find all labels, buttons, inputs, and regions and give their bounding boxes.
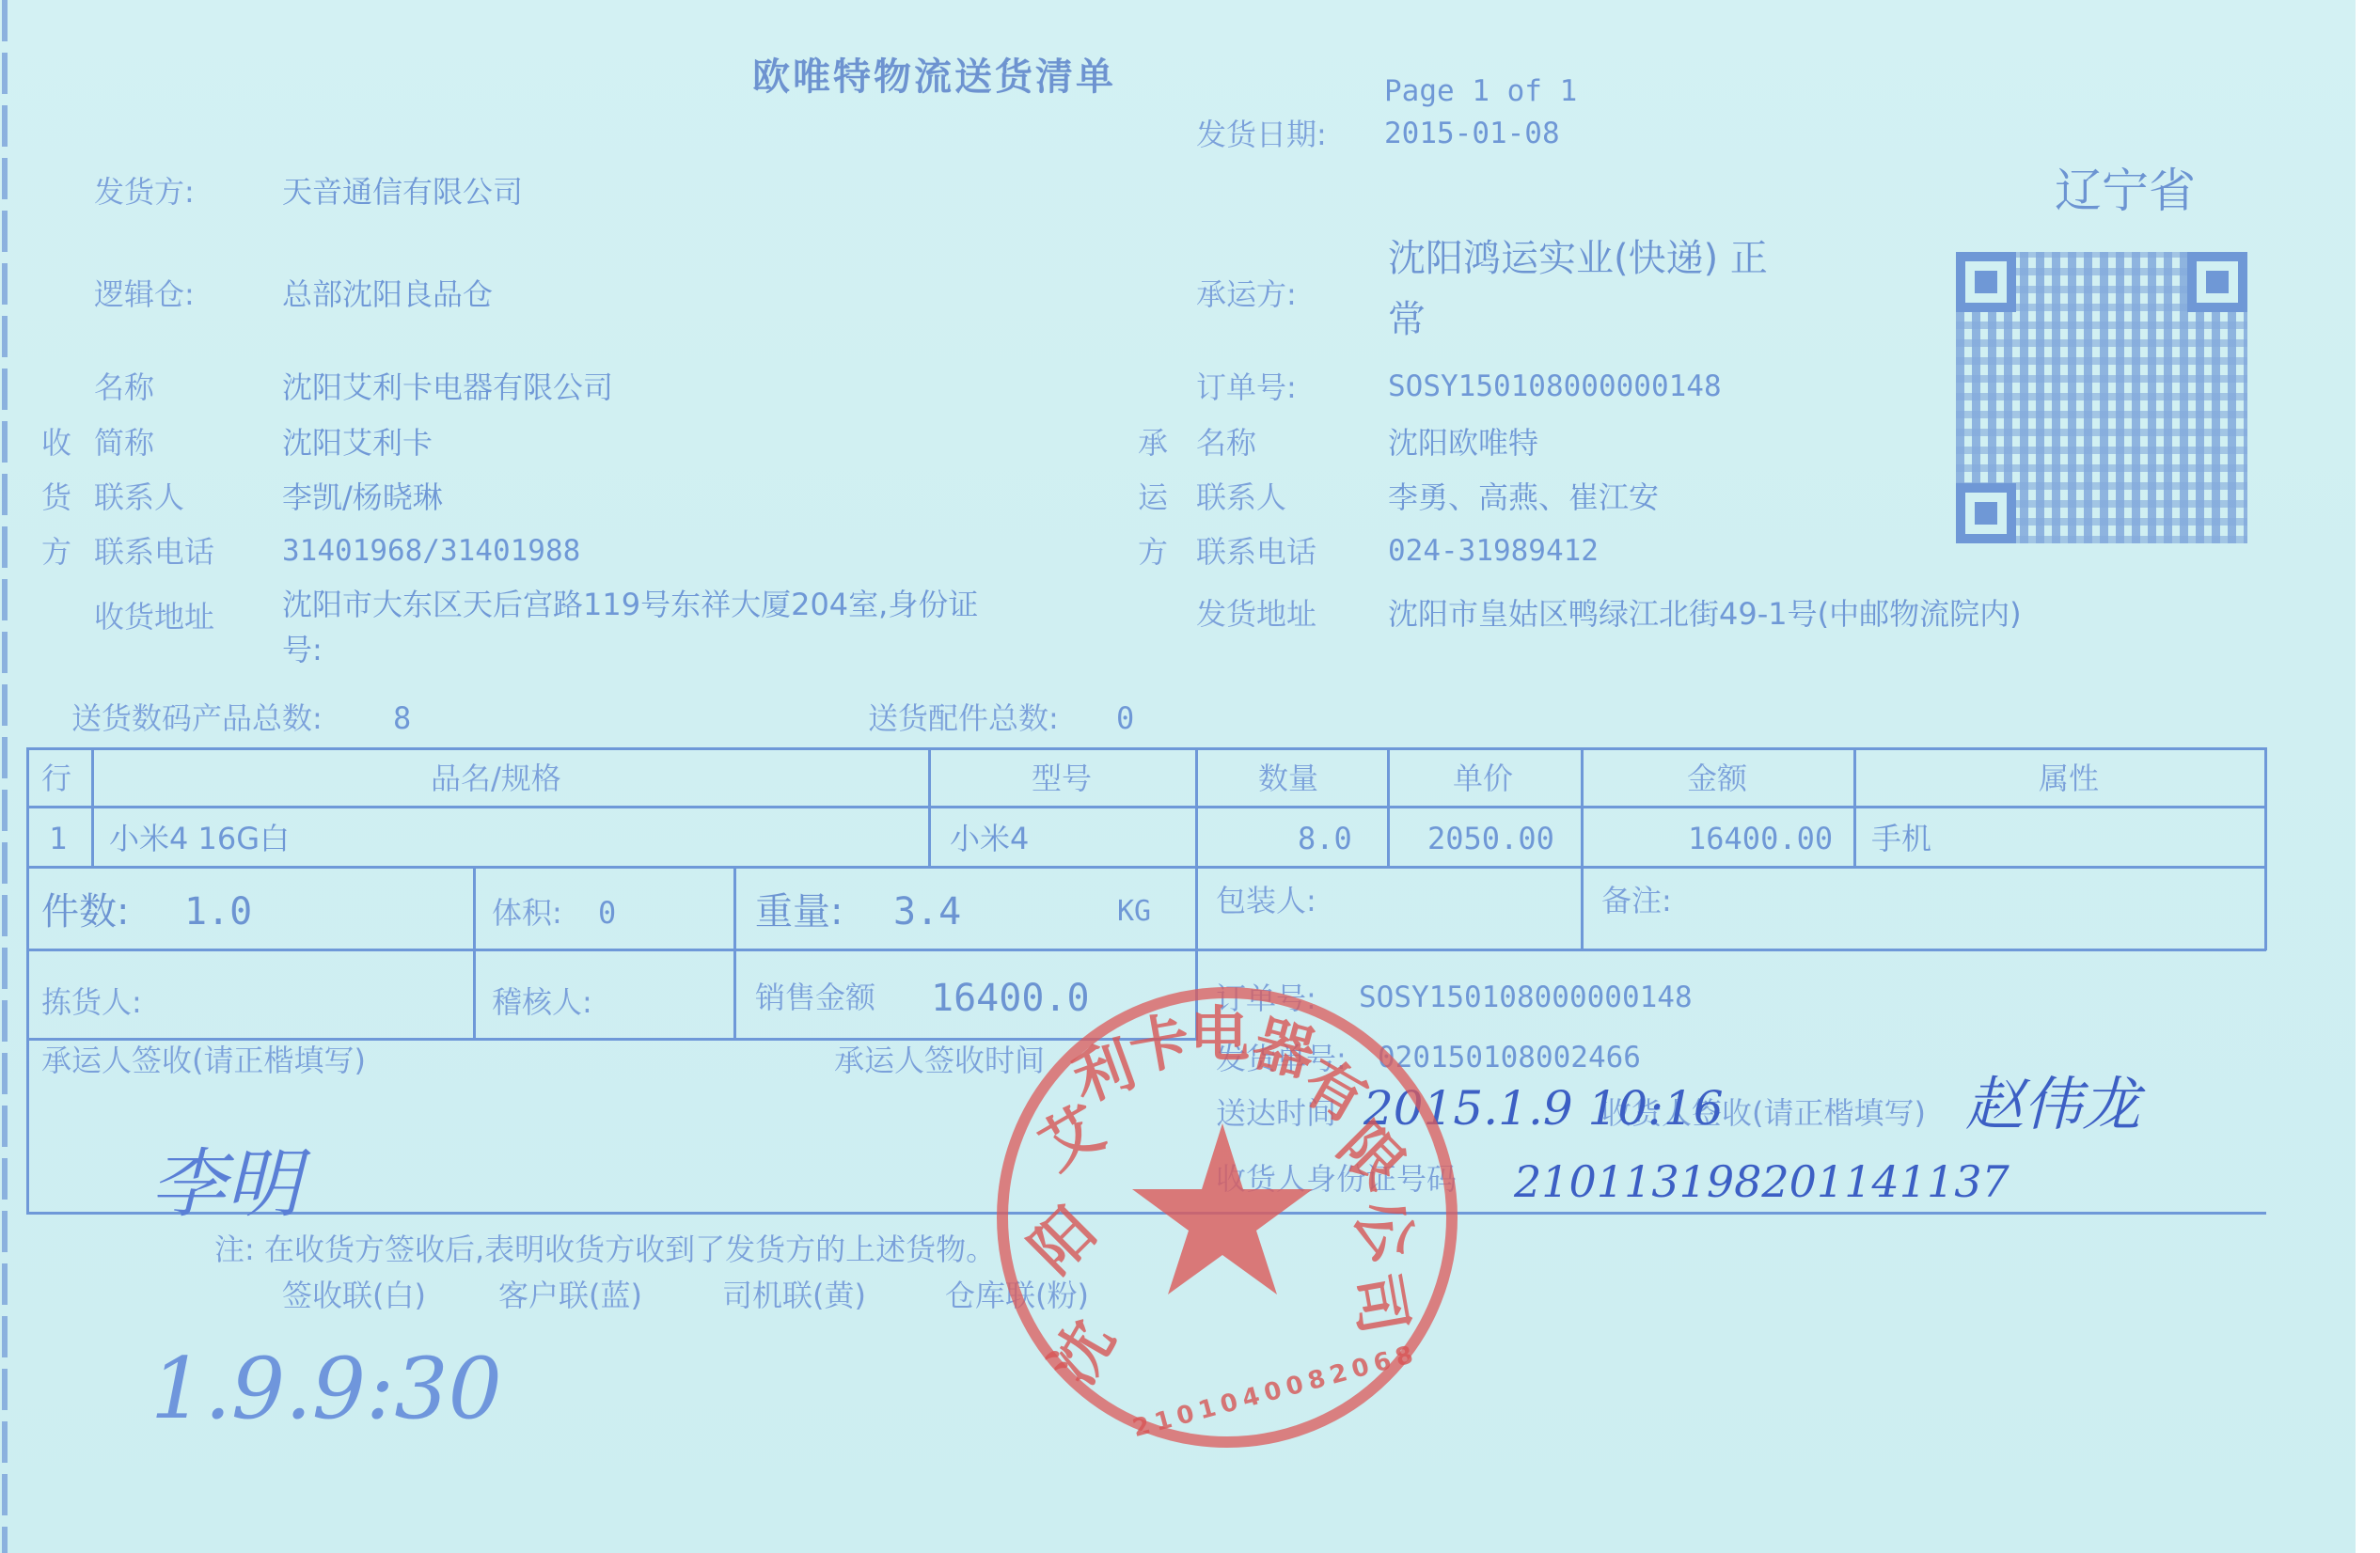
copy-yellow: 司机联(黄) <box>722 1280 866 1310</box>
col-header-model: 型号 <box>1032 763 1092 793</box>
pieces-label: 件数: <box>41 893 129 931</box>
receiver-short-label: 简称 <box>94 428 154 458</box>
receiver-name-label: 名称 <box>94 372 154 402</box>
order-no: SOSY150108000000148 <box>1359 983 1693 1012</box>
order-number: SOSY150108000000148 <box>1388 372 1722 401</box>
copy-blue: 客户联(蓝) <box>498 1280 642 1310</box>
receiver-side-label: 货 <box>41 482 71 512</box>
carrier-phone-label: 联系电话 <box>1196 537 1316 567</box>
carrier-name: 沈阳欧唯特 <box>1388 428 1538 458</box>
receiver-name: 沈阳艾利卡电器有限公司 <box>282 372 613 402</box>
table-border <box>2264 747 2267 950</box>
pieces-value: 1.0 <box>184 893 252 931</box>
warehouse-value: 总部沈阳良品仓 <box>282 279 493 309</box>
carrier-label: 承运方: <box>1196 279 1297 309</box>
copy-white: 签收联(白) <box>282 1280 426 1310</box>
receiver-address-line2: 号: <box>282 635 323 665</box>
ship-date: 2015-01-08 <box>1384 119 1560 149</box>
carrier-contact: 李勇、高燕、崔江安 <box>1388 482 1659 512</box>
receiver-phone-label: 联系电话 <box>94 537 214 567</box>
table-divider <box>1853 747 1856 868</box>
table-divider <box>91 747 94 868</box>
receiver-contact-label: 联系人 <box>94 482 184 512</box>
sales-amount-label: 销售金额 <box>755 982 875 1012</box>
table-divider <box>1581 747 1584 950</box>
digital-total-value: 8 <box>393 703 411 733</box>
weight-value: 3.4 <box>893 893 961 931</box>
cell-model: 小米4 <box>950 824 1029 854</box>
packer-label: 包装人: <box>1216 886 1316 916</box>
carrier-side-label: 承 <box>1138 428 1168 458</box>
page-indicator: Page 1 of 1 <box>1384 77 1577 106</box>
stamp-char: 电 <box>1190 987 1250 1074</box>
handwritten-receiver-id: 210113198201141137 <box>1514 1156 2010 1207</box>
carrier-address-label: 发货地址 <box>1196 599 1316 629</box>
shipper-label: 发货方: <box>94 177 195 207</box>
cell-attribute: 手机 <box>1871 824 1931 854</box>
col-header-amount: 金额 <box>1687 763 1747 793</box>
receiver-contact: 李凯/杨晓琳 <box>282 482 443 512</box>
table-divider <box>26 866 2266 869</box>
carrier-contact-label: 联系人 <box>1196 482 1286 512</box>
weight-label: 重量: <box>755 893 843 931</box>
handwritten-carrier-signature: 李明 <box>150 1123 301 1231</box>
col-header-qty: 数量 <box>1258 763 1318 793</box>
qr-finder-icon <box>1956 483 2016 543</box>
col-header-row: 行 <box>41 763 71 793</box>
receiver-side-label: 方 <box>41 537 71 567</box>
handwritten-receiver-signature: 赵伟龙 <box>1965 1058 2140 1141</box>
carrier-address: 沈阳市皇姑区鸭绿江北街49-1号(中邮物流院内) <box>1388 599 2022 629</box>
dispatch-no: 020150108002466 <box>1378 1043 1641 1073</box>
table-divider <box>1387 747 1390 868</box>
table-divider <box>26 806 2266 808</box>
perforation-edge <box>2 0 8 1553</box>
order-label: 订单号: <box>1196 372 1297 402</box>
table-divider <box>473 866 476 1041</box>
warehouse-label: 逻辑仓: <box>94 279 195 309</box>
receiver-short: 沈阳艾利卡 <box>282 428 433 458</box>
carrier-sign-time-label: 承运人签收时间 <box>834 1045 1045 1075</box>
carrier-phone: 024-31989412 <box>1388 537 1599 566</box>
province-label: 辽宁省 <box>2055 167 2196 214</box>
receiver-address-label: 收货地址 <box>94 602 214 632</box>
col-header-attr: 属性 <box>2039 763 2099 793</box>
table-border <box>26 747 29 1215</box>
document-title: 欧唯特物流送货清单 <box>752 58 1116 96</box>
cell-amount: 16400.00 <box>1688 824 1833 854</box>
accessory-total-value: 0 <box>1116 703 1134 733</box>
volume-label: 体积: <box>492 898 562 928</box>
ship-date-label: 发货日期: <box>1196 119 1327 149</box>
footer-note: 注: 在收货方签收后,表明收货方收到了发货方的上述货物。 <box>214 1234 996 1264</box>
receiver-address-line1: 沈阳市大东区天后宫路119号东祥大厦204室,身份证 <box>282 589 978 620</box>
picker-label: 拣货人: <box>41 987 142 1017</box>
carrier-side-label: 方 <box>1138 537 1168 567</box>
cell-row-no: 1 <box>49 824 67 854</box>
carrier-value-line1: 沈阳鸿运实业(快递) 正 <box>1388 240 1768 277</box>
carrier-side-label: 运 <box>1138 482 1168 512</box>
table-divider <box>26 1038 1195 1041</box>
accessory-total-label: 送货配件总数: <box>868 703 1059 733</box>
qr-finder-icon <box>2187 252 2247 312</box>
receiver-phone: 31401968/31401988 <box>282 537 580 566</box>
shipper-value: 天音通信有限公司 <box>282 177 523 207</box>
sales-amount: 16400.0 <box>931 980 1090 1017</box>
carrier-value-line2: 常 <box>1388 301 1426 338</box>
table-divider <box>733 866 736 1041</box>
col-header-price: 单价 <box>1453 763 1513 793</box>
handwritten-note: 1.9.9:30 <box>150 1340 502 1438</box>
weight-unit: KG <box>1117 898 1151 926</box>
table-divider <box>928 747 931 868</box>
table-divider <box>26 949 2266 951</box>
receiver-side-label: 收 <box>41 428 71 458</box>
qr-finder-icon <box>1956 252 2016 312</box>
cell-unit-price: 2050.00 <box>1427 824 1554 854</box>
remark-label: 备注: <box>1601 886 1672 916</box>
checker-label: 稽核人: <box>492 987 592 1017</box>
table-border <box>26 747 2266 750</box>
cell-qty: 8.0 <box>1298 824 1352 854</box>
col-header-name: 品名/规格 <box>431 763 561 793</box>
carrier-sign-label: 承运人签收(请正楷填写) <box>41 1045 366 1075</box>
cell-product-name: 小米4 16G白 <box>109 824 290 854</box>
carrier-name-label: 名称 <box>1196 428 1256 458</box>
digital-total-label: 送货数码产品总数: <box>71 703 323 733</box>
volume-value: 0 <box>598 898 616 928</box>
